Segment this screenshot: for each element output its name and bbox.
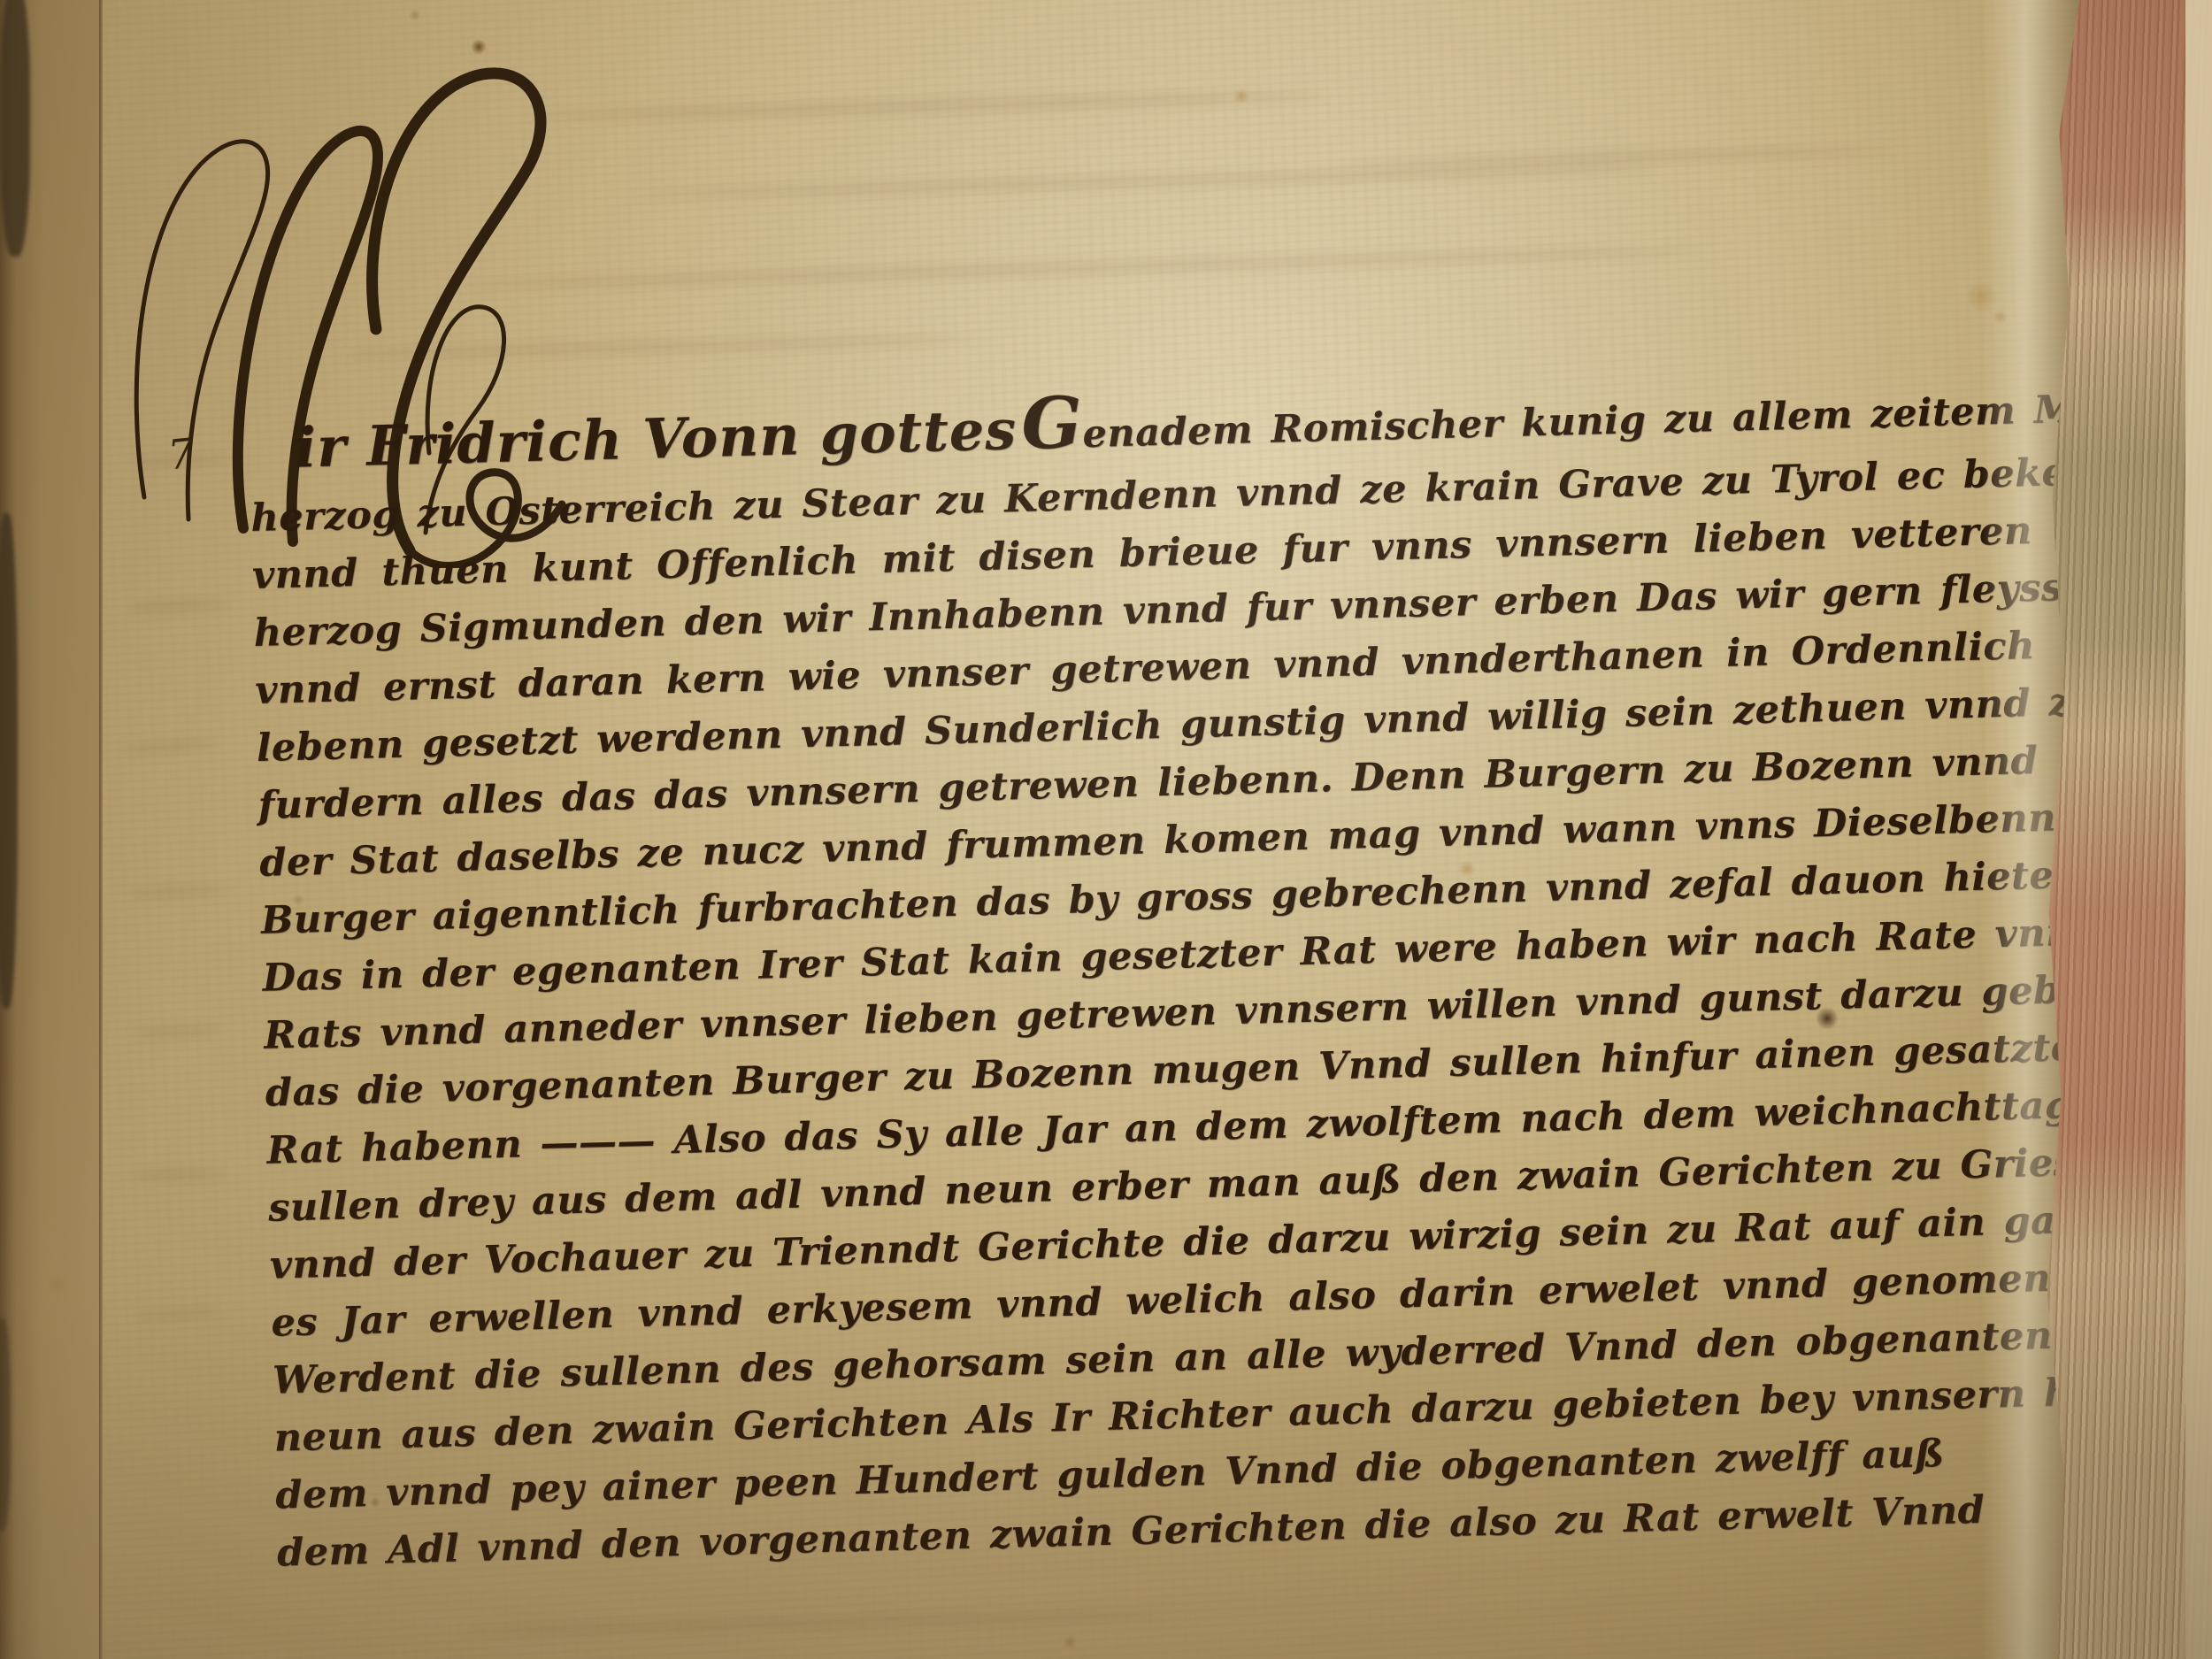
book-fore-edge bbox=[2042, 0, 2212, 1659]
manuscript-photo: W 7 ir Fridrich Vonn gottes Genadem Romi… bbox=[0, 0, 2212, 1659]
foxing-stain bbox=[46, 1274, 69, 1295]
opening-words: ir Fridrich Vonn gottes bbox=[295, 397, 1018, 480]
folio-number: 7 bbox=[165, 429, 196, 480]
foxing-stain bbox=[1233, 88, 1249, 104]
binding-shadow bbox=[0, 0, 30, 257]
binding-shadow bbox=[0, 513, 18, 1009]
manuscript-text-block: ir Fridrich Vonn gottes Genadem Romische… bbox=[248, 351, 2057, 1582]
foxing-stain bbox=[1062, 1635, 1078, 1649]
foxing-stain bbox=[409, 9, 421, 21]
binding-shadow bbox=[0, 1318, 11, 1531]
